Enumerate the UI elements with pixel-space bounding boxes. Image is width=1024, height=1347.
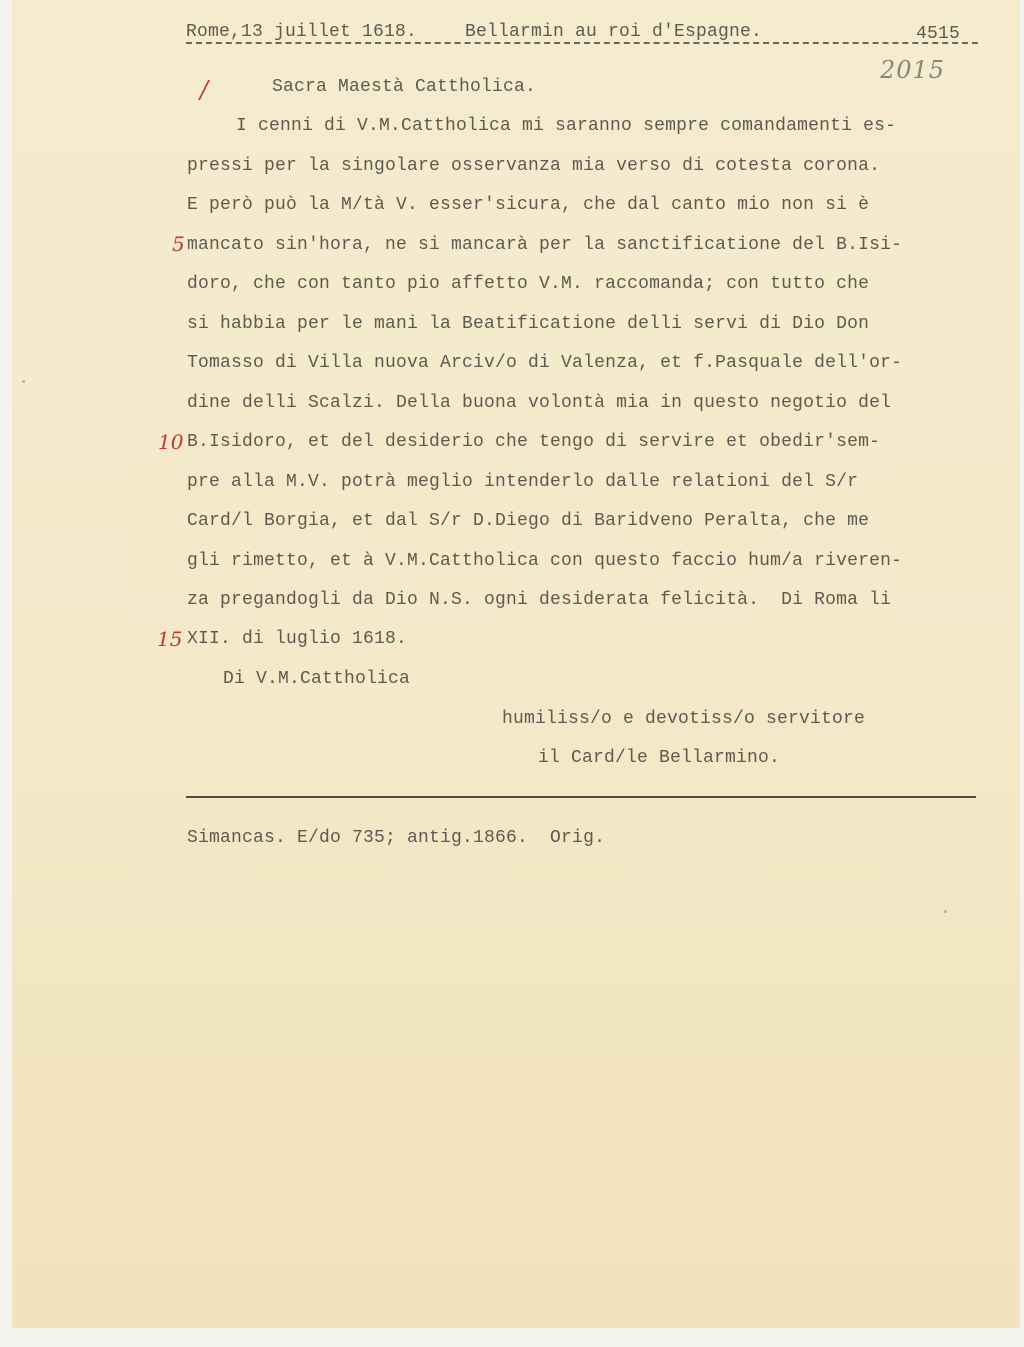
- paper-speck: [22, 380, 25, 383]
- margin-mark-10: 10: [158, 430, 183, 454]
- header-dashed-rule: [186, 42, 978, 44]
- body-line: E però può la M/tà V. esser'sicura, che …: [187, 194, 869, 216]
- body-line: Card/l Borgia, et dal S/r D.Diego di Bar…: [187, 510, 869, 532]
- footer-rule: [186, 796, 976, 798]
- closing-valediction: humiliss/o e devotiss/o servitore: [502, 708, 865, 730]
- body-line: XII. di luglio 1618.: [187, 628, 407, 650]
- footer-source: Simancas. E/do 735; antig.1866. Orig.: [187, 827, 605, 849]
- body-line: si habbia per le mani la Beatificatione …: [187, 313, 869, 335]
- body-line: B.Isidoro, et del desiderio che tengo di…: [187, 431, 880, 453]
- margin-mark-1: /: [200, 76, 208, 104]
- closing-signature: il Card/le Bellarmino.: [538, 747, 780, 769]
- body-line: pre alla M.V. potrà meglio intenderlo da…: [187, 471, 858, 493]
- pencil-annotation: 2015: [880, 56, 945, 84]
- salutation: Sacra Maestà Cattholica.: [272, 76, 536, 98]
- closing-addressee: Di V.M.Cattholica: [223, 668, 410, 690]
- margin-mark-5: 5: [172, 232, 185, 256]
- body-line: pressi per la singolare osservanza mia v…: [187, 155, 880, 177]
- margin-mark-15: 15: [157, 627, 182, 651]
- header-title: Bellarmin au roi d'Espagne.: [465, 21, 762, 43]
- body-line: za pregandogli da Dio N.S. ogni desidera…: [187, 589, 891, 611]
- body-line: Tomasso di Villa nuova Arciv/o di Valenz…: [187, 352, 902, 374]
- body-line: gli rimetto, et à V.M.Cattholica con que…: [187, 550, 902, 572]
- body-line: dine delli Scalzi. Della buona volontà m…: [187, 392, 891, 414]
- body-line: mancato sin'hora, ne si mancarà per la s…: [187, 234, 902, 256]
- body-line: I cenni di V.M.Cattholica mi saranno sem…: [236, 115, 896, 137]
- paper-speck: [944, 910, 947, 913]
- header-place-date: Rome,13 juillet 1618.: [186, 21, 417, 43]
- body-line: doro, che con tanto pio affetto V.M. rac…: [187, 273, 869, 295]
